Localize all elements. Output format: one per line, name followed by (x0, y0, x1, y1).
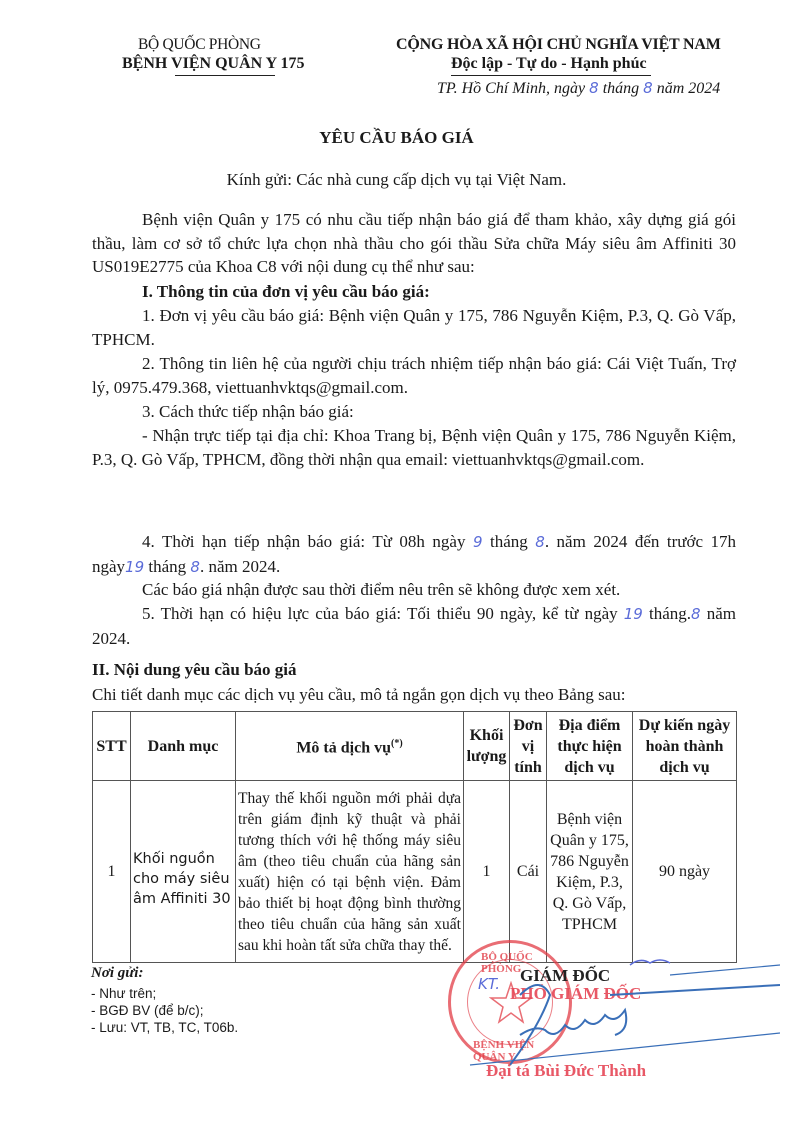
from-month-handwritten: 8 (535, 533, 545, 551)
to-month-handwritten: 8 (190, 558, 200, 576)
date-month-handwritten: 8 (643, 79, 653, 97)
cell-unit: Cái (510, 781, 547, 963)
section-1-item-3-detail: - Nhận trực tiếp tại địa chỉ: Khoa Trang… (92, 424, 736, 471)
cell-stt: 1 (93, 781, 131, 963)
motto-underline (451, 75, 651, 76)
date-month-label: tháng (603, 80, 639, 97)
section-1-item-2: 2. Thông tin liên hệ của người chịu trác… (92, 352, 736, 399)
recipient-item: - BGĐ BV (để b/c); (91, 1003, 204, 1018)
cell-location: Bệnh viện Quân y 175, 786 Nguyễn Kiệm, P… (547, 781, 633, 963)
section-1-item-4: 4. Thời hạn tiếp nhận báo giá: Từ 08h ng… (92, 530, 736, 579)
cell-quantity: 1 (464, 781, 510, 963)
org-underline (175, 75, 275, 76)
header-description: Mô tả dịch vụ(*) (236, 712, 464, 781)
organization-name: BỆNH VIỆN QUÂN Y 175 (122, 55, 305, 73)
item-4-text: tháng (144, 557, 190, 576)
header-stt: STT (93, 712, 131, 781)
item-4-text: 4. Thời hạn tiếp nhận báo giá: Từ 08h ng… (142, 532, 473, 551)
signer-name: Đại tá Bùi Đức Thành (486, 1061, 646, 1081)
header-description-text: Mô tả dịch vụ (296, 740, 391, 757)
date-year: năm 2024 (657, 80, 721, 97)
late-submission-note: Các báo giá nhận được sau thời điểm nêu … (92, 578, 736, 602)
handwritten-signature-icon (460, 955, 780, 1075)
document-date: TP. Hồ Chí Minh, ngày 8 tháng 8 năm 2024 (437, 79, 720, 98)
cell-category: Khối nguồn cho máy siêu âm Affiniti 30 (131, 781, 236, 963)
document-title: YÊU CẦU BÁO GIÁ (0, 128, 793, 148)
section-1-item-3: 3. Cách thức tiếp nhận báo giá: (92, 400, 736, 424)
from-day-handwritten: 9 (473, 533, 483, 551)
national-motto: Độc lập - Tự do - Hạnh phúc (451, 55, 647, 73)
item-4-text: tháng (483, 532, 536, 551)
section-1-item-1: 1. Đơn vị yêu cầu báo giá: Bệnh viện Quâ… (92, 304, 736, 351)
addressee-line: Kính gửi: Các nhà cung cấp dịch vụ tại V… (0, 170, 793, 190)
recipients-title: Nơi gửi: (91, 965, 143, 982)
header-quantity: Khối lượng (464, 712, 510, 781)
item-4-text: . năm 2024. (200, 557, 280, 576)
section-1-heading: I. Thông tin của đơn vị yêu cầu báo giá: (92, 280, 736, 304)
validity-day-handwritten: 19 (624, 605, 643, 623)
nation-name: CỘNG HÒA XÃ HỘI CHỦ NGHĨA VIỆT NAM (396, 36, 721, 54)
section-1-item-5: 5. Thời hạn có hiệu lực của báo giá: Tối… (92, 602, 736, 650)
footnote-marker: (*) (391, 738, 403, 749)
to-day-handwritten: 19 (125, 558, 144, 576)
header-completion: Dự kiến ngày hoàn thành dịch vụ (633, 712, 737, 781)
date-prefix: TP. Hồ Chí Minh, ngày (437, 80, 585, 97)
header-unit: Đơn vị tính (510, 712, 547, 781)
validity-month-handwritten: 8 (691, 605, 701, 623)
item-5-text: 5. Thời hạn có hiệu lực của báo giá: Tối… (142, 604, 624, 623)
service-table: STT Danh mục Mô tả dịch vụ(*) Khối lượng… (92, 711, 737, 963)
item-5-text: tháng. (643, 604, 691, 623)
ministry-name: BỘ QUỐC PHÒNG (138, 36, 261, 54)
date-day-handwritten: 8 (589, 79, 599, 97)
intro-paragraph: Bệnh viện Quân y 175 có nhu cầu tiếp nhậ… (92, 208, 736, 279)
section-2-subheading: Chi tiết danh mục các dịch vụ yêu cầu, m… (92, 683, 736, 707)
table-row: 1 Khối nguồn cho máy siêu âm Affiniti 30… (93, 781, 737, 963)
recipient-item: - Như trên; (91, 986, 156, 1001)
recipient-item: - Lưu: VT, TB, TC, T06b. (91, 1020, 238, 1035)
cell-description: Thay thế khối nguồn mới phải dựa trên gi… (236, 781, 464, 963)
table-header-row: STT Danh mục Mô tả dịch vụ(*) Khối lượng… (93, 712, 737, 781)
section-2-heading: II. Nội dung yêu cầu báo giá (92, 658, 736, 682)
header-location: Địa điểm thực hiện dịch vụ (547, 712, 633, 781)
header-category: Danh mục (131, 712, 236, 781)
cell-completion: 90 ngày (633, 781, 737, 963)
